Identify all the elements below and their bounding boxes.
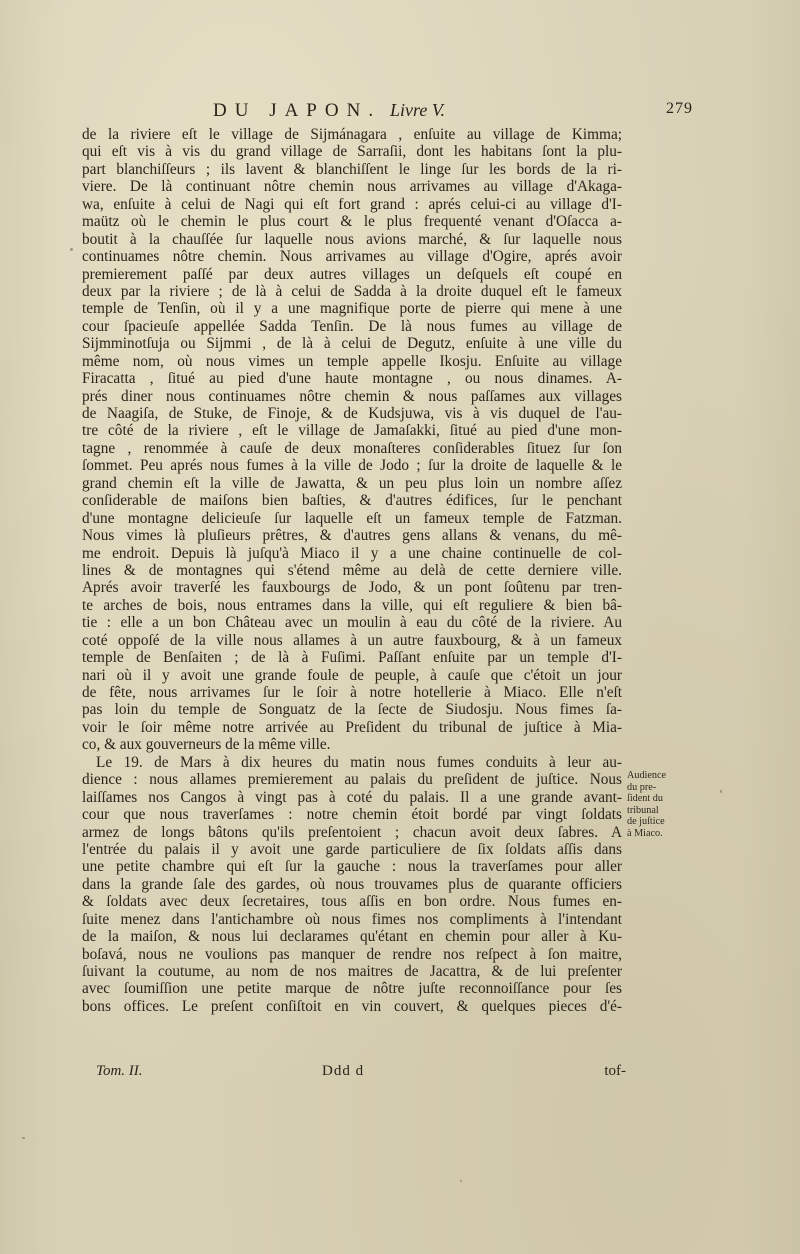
text-line: voir le ſoir même notre arrivée au Preſi…	[82, 719, 622, 736]
text-line: dience : nous allames premierement au pa…	[82, 771, 622, 788]
text-line: avec ſoumiſſion une petite marque de nôt…	[82, 980, 622, 997]
text-line: cour ſpacieuſe appellée Sadda Tenſin. De…	[82, 318, 622, 335]
text-line: tre côté de la riviere , eſt le village …	[82, 422, 622, 439]
text-line: cour que nous traverſames : notre chemin…	[82, 806, 622, 823]
text-line: boſavá, nous ne voulions pas manquer de …	[82, 946, 622, 963]
text-line: nari où il y avoit une grande foule de p…	[82, 667, 622, 684]
text-line: de fête, nous arrivames ſur le ſoir à no…	[82, 684, 622, 701]
paper-speck	[720, 790, 722, 793]
text-line: viere. De là continuant nôtre chemin nou…	[82, 178, 622, 195]
text-line: bons offices. Le preſent conſiſtoit en v…	[82, 998, 622, 1015]
text-line: d'une montagne delicieuſe ſur laquelle e…	[82, 510, 622, 527]
text-line: Sijmminotſuja ou Sijmmi , de là à celui …	[82, 335, 622, 352]
text-line: wa, enſuite à celui de Nagi qui eſt fort…	[82, 196, 622, 213]
text-line: une petite chambre qui eſt ſur la gauche…	[82, 858, 622, 875]
text-line: coté oppoſé de la ville nous allames à u…	[82, 632, 622, 649]
text-line: conſiderable de maiſons bien baſties, & …	[82, 492, 622, 509]
text-line: part blanchiſſeurs ; ils lavent & blanch…	[82, 161, 622, 178]
text-line: deux par la riviere ; de là à celui de S…	[82, 283, 622, 300]
text-line: ſommet. Peu aprés nous fumes à la ville …	[82, 457, 622, 474]
paper-speck	[460, 1180, 462, 1182]
text-line: ſuite menez dans l'antichambre où nous f…	[82, 911, 622, 928]
text-line: lines & de montagnes qui s'étend même au…	[82, 562, 622, 579]
text-line: maütz où le chemin le plus court & le pl…	[82, 213, 622, 230]
margin-note-line: tribunal	[627, 805, 697, 817]
text-line: pas loin du temple de Songuatz de la ſec…	[82, 701, 622, 718]
text-line: de Naagiſa, de Stuke, de Finoje, & de Ku…	[82, 405, 622, 422]
text-line: & ſoldats avec deux ſecretaires, tous aſ…	[82, 893, 622, 910]
body-text: de la riviere eſt le village de Sijmánag…	[82, 126, 622, 1015]
text-line: de la maiſon, & nous lui declarames qu'é…	[82, 928, 622, 945]
text-line: temple de Tenſin, où il y a une magnifiq…	[82, 300, 622, 317]
text-line: boutit à la chauſſée ſur laquelle nous a…	[82, 231, 622, 248]
margin-note-line: de juſtice	[627, 816, 697, 828]
paper-speck	[22, 1137, 25, 1139]
page-footer: Tom. II. Ddd d tof-	[96, 1063, 626, 1081]
text-line: de la riviere eſt le village de Sijmánag…	[82, 126, 622, 143]
text-line: Nous vimes là pluſieurs prêtres, & d'aut…	[82, 527, 622, 544]
text-line: grand chemin eſt la ville de Jawatta, & …	[82, 475, 622, 492]
text-line: me endroit. Depuis là juſqu'à Miaco il y…	[82, 545, 622, 562]
running-title: DU JAPON.	[213, 100, 381, 122]
text-line: Firacatta , ſitué au pied d'une haute mo…	[82, 370, 622, 387]
text-line: dans la grande ſale des gardes, où nous …	[82, 876, 622, 893]
text-line: premierement paſſé par deux autres villa…	[82, 266, 622, 283]
text-line: armez de longs bâtons qu'ils preſentoien…	[82, 824, 622, 841]
text-line: temple de Benſaiten ; de là à Fuſimi. Pa…	[82, 649, 622, 666]
catchword: tof-	[604, 1063, 626, 1080]
text-line: Le 19. de Mars à dix heures du matin nou…	[82, 754, 622, 771]
book-number: Livre V.	[390, 100, 445, 121]
paper-speck	[70, 248, 73, 251]
text-line: même nom, où nous vimes un temple appell…	[82, 353, 622, 370]
text-line: tagne , renommée à cauſe de deux monaſte…	[82, 440, 622, 457]
text-line: Aprés avoir traverſé les fauxbourgs de J…	[82, 579, 622, 596]
margin-note: Audiencedu pre-ſident dutribunalde juſti…	[627, 770, 697, 839]
text-line: l'entrée du palais il y avoit une garde …	[82, 841, 622, 858]
text-line: laiſſames nos Cangos à vingt pas à coté …	[82, 789, 622, 806]
text-line: tie : elle a un bon Château avec un moul…	[82, 614, 622, 631]
text-line: continuames nôtre chemin. Nous arrivames…	[82, 248, 622, 265]
margin-note-line: à Miaco.	[627, 828, 697, 840]
text-line: co, & aux gouverneurs de la même ville.	[82, 736, 622, 753]
volume-label: Tom. II.	[96, 1063, 143, 1080]
margin-note-line: du pre-	[627, 782, 697, 794]
text-line: qui eſt vis à vis du grand village de Sa…	[82, 143, 622, 160]
margin-note-line: Audience	[627, 770, 697, 782]
text-line: te arches de bois, nous entrames dans la…	[82, 597, 622, 614]
margin-note-line: ſident du	[627, 793, 697, 805]
page-number: 279	[666, 100, 693, 118]
signature-mark: Ddd d	[322, 1063, 364, 1080]
running-header: DU JAPON. Livre V. 279	[213, 100, 693, 124]
text-line: ſuivant la coutume, au nom de nos maitre…	[82, 963, 622, 980]
book-page: DU JAPON. Livre V. 279 de la riviere eſt…	[0, 0, 800, 1254]
text-line: prés diner nous continuames nôtre chemin…	[82, 388, 622, 405]
